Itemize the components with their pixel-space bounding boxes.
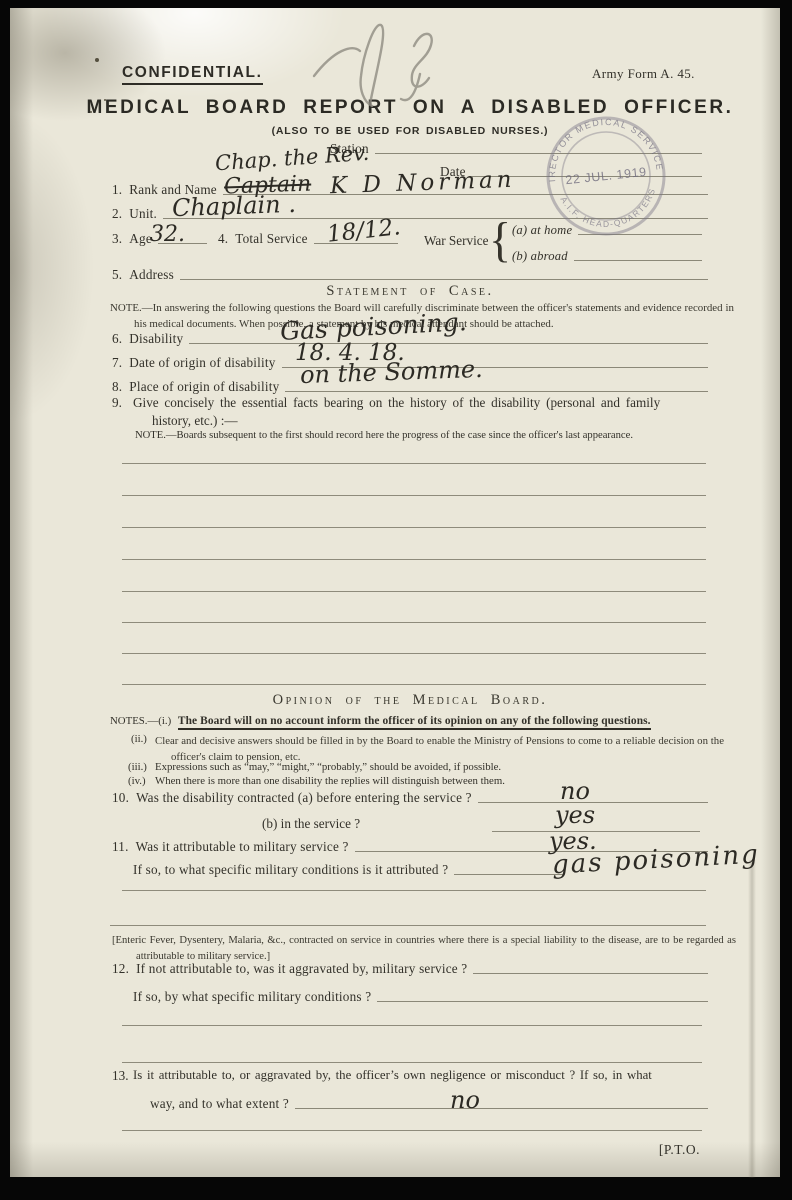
- question-12-sub-blank-line: [377, 1001, 708, 1002]
- question-13-line2-label: way, and to what extent ?: [150, 1096, 289, 1112]
- field-number: 2.: [112, 206, 122, 222]
- war-service-brace: {: [489, 212, 511, 268]
- pto-label: [P.T.O.: [600, 1142, 700, 1158]
- blank-line: [122, 463, 706, 464]
- blank-line: [122, 684, 706, 685]
- blank-line: [122, 653, 706, 654]
- note-iii-number: (iii.): [128, 761, 147, 773]
- note-iii-text: Expressions such as “may,” “might,” “pro…: [155, 761, 501, 773]
- enteric-fever-note: [Enteric Fever, Dysentery, Malaria, &c.,…: [112, 933, 736, 965]
- history-note: NOTE.—Boards subsequent to the first sho…: [135, 430, 633, 441]
- note-ii-number: (ii.): [131, 733, 147, 745]
- question-12: 12. If not attributable to, was it aggra…: [112, 961, 708, 977]
- age-label: Age: [129, 231, 152, 247]
- staple-holes: [95, 58, 99, 62]
- history-question-line1: Give concisely the essential facts beari…: [133, 395, 660, 411]
- field-number: 5.: [112, 267, 122, 283]
- disability-label: Disability: [129, 331, 183, 347]
- field-number: 10.: [112, 790, 129, 806]
- handwritten-age: 32.: [150, 222, 185, 247]
- date-stamp: DIRECTOR MEDICAL SERVICES A.I.F. HEAD-QU…: [538, 108, 674, 244]
- scanned-document: DIRECTOR MEDICAL SERVICES A.I.F. HEAD-QU…: [0, 0, 792, 1200]
- question-12-sub-label: If so, by what specific military conditi…: [133, 989, 371, 1005]
- field-number: 8.: [112, 379, 122, 395]
- field-number: 6.: [112, 331, 122, 347]
- history-question-line2: history, etc.) :—: [152, 413, 238, 429]
- question-12-sub: If so, by what specific military conditi…: [133, 989, 708, 1005]
- field-number: 11.: [112, 839, 129, 855]
- disability-blank-line: [189, 343, 708, 344]
- handwritten-answer-10b: yes: [555, 801, 595, 829]
- question-10b-label: (b) in the service ?: [262, 816, 360, 832]
- war-service-abroad: (b) abroad: [512, 249, 702, 264]
- address-blank-line: [180, 279, 708, 280]
- question-13-blank-line: [295, 1108, 708, 1109]
- blank-line: [122, 1062, 702, 1063]
- paper-crease: [748, 860, 756, 1178]
- form-subtitle: (ALSO TO BE USED FOR DISABLED NURSES.): [30, 125, 790, 137]
- blank-line: [122, 559, 706, 560]
- field-number: 7.: [112, 355, 122, 371]
- army-form-number: Army Form A. 45.: [592, 66, 695, 82]
- opinion-heading: Opinion of the Medical Board.: [30, 692, 790, 709]
- question-12-blank-line: [473, 973, 708, 974]
- field-number: 1.: [112, 182, 122, 198]
- blank-line: [122, 890, 706, 891]
- date-of-origin-label: Date of origin of disability: [129, 355, 275, 371]
- field-number: 9.: [112, 395, 122, 411]
- blank-line: [122, 622, 706, 623]
- field-number: 4.: [218, 231, 228, 247]
- question-13-line1: Is it attributable to, or aggravated by,…: [133, 1068, 652, 1083]
- note-iv-text: When there is more than one disability t…: [155, 775, 505, 787]
- notes-prefix: NOTES.—(i.): [110, 715, 171, 727]
- stamp-arc-bottom-text: A.I.F. HEAD-QUARTERS: [558, 185, 661, 234]
- confidential-label: CONFIDENTIAL.: [122, 64, 263, 85]
- blank-line: [122, 1130, 702, 1131]
- place-of-origin-blank-line: [285, 391, 708, 392]
- total-service-label: Total Service: [235, 231, 307, 247]
- field-number: 12.: [112, 961, 129, 977]
- war-abroad-label: (b) abroad: [512, 249, 568, 264]
- pencil-scribble: [292, 14, 462, 110]
- question-11-sub-label: If so, to what specific military conditi…: [133, 862, 448, 878]
- blank-line: [122, 495, 706, 496]
- blank-line: [122, 591, 706, 592]
- blank-line: [122, 1025, 702, 1026]
- opinion-notes-line-i: NOTES.—(i.) The Board will on no account…: [110, 715, 651, 727]
- question-11-sub-blank-line: [454, 874, 563, 875]
- question-11-label: Was it attributable to military service …: [136, 839, 349, 855]
- question-13-line2: way, and to what extent ?: [150, 1096, 708, 1112]
- field-number: 3.: [112, 231, 122, 247]
- unit-label: Unit.: [129, 206, 157, 222]
- question-10a-label: Was the disability contracted (a) before…: [136, 790, 472, 806]
- handwritten-answer-13: no: [450, 1086, 480, 1114]
- address-label: Address: [129, 267, 174, 283]
- stamp-date-text: 22 JUL. 1919: [565, 165, 648, 187]
- statement-of-case-heading: Statement of Case.: [30, 283, 790, 300]
- war-service-label: War Service: [424, 233, 488, 249]
- place-of-origin-label: Place of origin of disability: [129, 379, 279, 395]
- field-number: 13.: [112, 1068, 128, 1084]
- handwritten-unit: Chaplain .: [172, 190, 297, 222]
- war-abroad-blank-line: [574, 260, 702, 261]
- note-iv-number: (iv.): [128, 775, 146, 787]
- question-10: 10. Was the disability contracted (a) be…: [112, 790, 708, 806]
- field-address: 5. Address: [112, 267, 708, 283]
- blank-line: [122, 527, 706, 528]
- blank-line: [110, 925, 706, 926]
- question-11-sub: If so, to what specific military conditi…: [133, 862, 563, 878]
- note-i-text: The Board will on no account inform the …: [178, 715, 651, 730]
- question-12-label: If not attributable to, was it aggravate…: [136, 961, 467, 977]
- svg-text:A.I.F. HEAD-QUARTERS: A.I.F. HEAD-QUARTERS: [558, 185, 661, 234]
